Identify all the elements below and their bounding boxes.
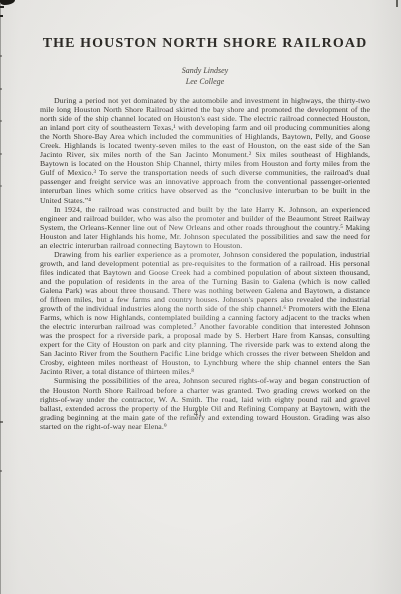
page-title: THE HOUSTON NORTH SHORE RAILROAD: [40, 36, 370, 52]
scan-tick-artifact: [0, 6, 4, 8]
paragraph: In 1924, the railroad was constructed an…: [40, 205, 370, 250]
document-page: THE HOUSTON NORTH SHORE RAILROAD Sandy L…: [0, 0, 401, 594]
paragraph: During a period not yet dominated by the…: [40, 96, 370, 205]
scan-tick-artifact: [0, 88, 2, 90]
author-name: Sandy Lindsey: [40, 65, 370, 76]
page-number: 41: [40, 408, 356, 418]
scan-tick-artifact: [0, 185, 2, 187]
scan-tick-artifact: [0, 470, 2, 472]
article-body: During a period not yet dominated by the…: [40, 96, 370, 431]
scan-mark-top-right: [396, 0, 398, 7]
byline: Sandy Lindsey Lee College: [40, 65, 370, 87]
scan-smudge-top-left: [0, 0, 15, 5]
scan-tick-artifact: [0, 421, 3, 423]
scan-tick-artifact: [0, 120, 2, 122]
paragraph: Drawing from his earlier experience as a…: [40, 250, 370, 377]
paragraph: Surmising the possibilities of the area,…: [40, 376, 370, 430]
scan-tick-artifact: [0, 153, 2, 155]
scan-tick-artifact: [0, 15, 3, 17]
scan-tick-artifact: [0, 55, 2, 57]
author-affiliation: Lee College: [40, 76, 370, 87]
